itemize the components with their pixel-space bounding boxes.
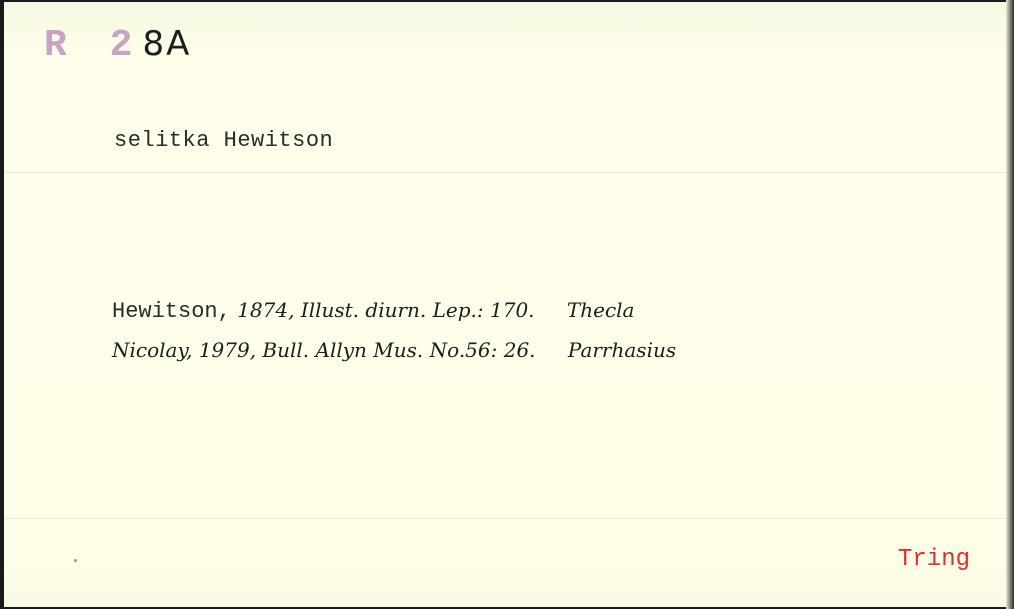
reference-genus: Parrhasius	[568, 338, 676, 362]
collection-stamp: Tring	[898, 546, 970, 573]
catalog-stamp-digit: 2	[110, 24, 143, 67]
reference-citation: 1874, Illust. diurn. Lep.: 170.	[237, 298, 534, 322]
catalog-stamp-letter: R	[44, 24, 77, 67]
catalog-handwritten-suffix: 8A	[142, 24, 191, 64]
card-edge-shadow	[1006, 0, 1014, 609]
reference-citation: Nicolay, 1979, Bull. Allyn Mus. No.56: 2…	[112, 338, 536, 362]
paper-speck	[74, 559, 77, 562]
catalog-number: R 28A	[44, 24, 191, 67]
reference-author: Hewitson,	[112, 299, 231, 324]
species-name: selitka Hewitson	[114, 128, 333, 153]
index-card: R 28A selitka Hewitson Hewitson, 1874, I…	[4, 2, 1006, 607]
reference-line-original: Hewitson, 1874, Illust. diurn. Lep.: 170…	[112, 298, 634, 324]
reference-genus: Thecla	[567, 298, 635, 322]
reference-line-combination: Nicolay, 1979, Bull. Allyn Mus. No.56: 2…	[112, 338, 676, 362]
